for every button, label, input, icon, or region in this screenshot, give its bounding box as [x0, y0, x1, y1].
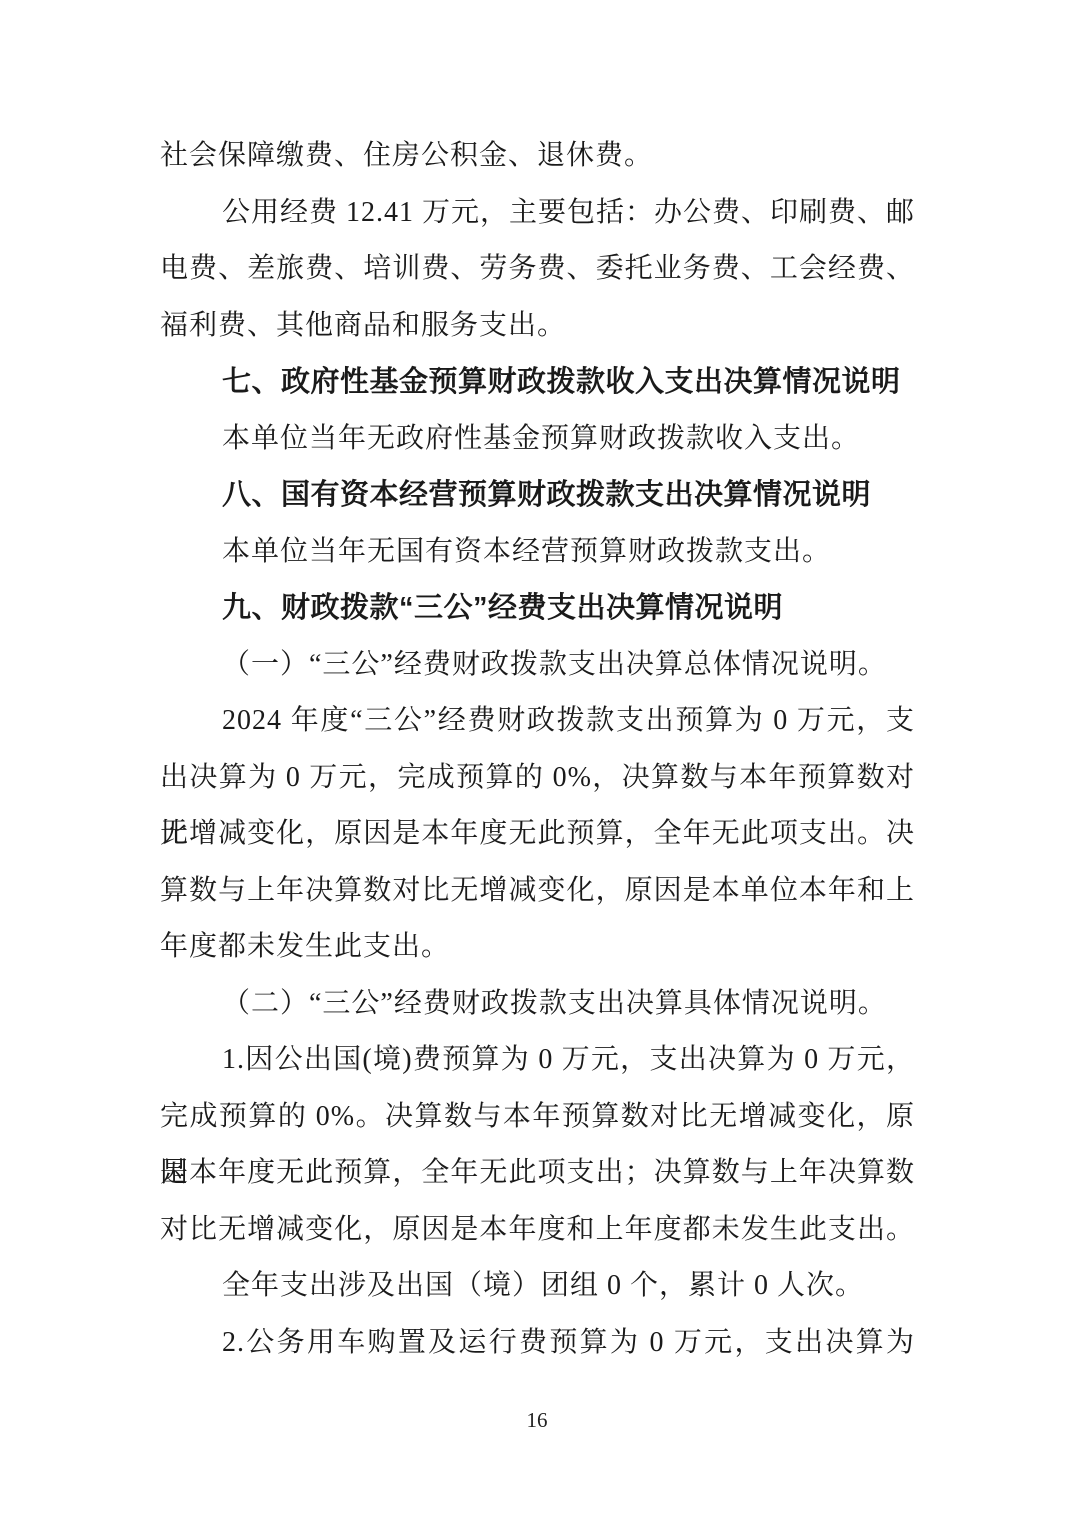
text-line: 出决算为 0 万元，完成预算的 0%，决算数与本年预算数对比 — [160, 750, 915, 807]
text-line: 无增减变化，原因是本年度无此预算，全年无此项支出。决 — [160, 806, 915, 863]
text-line: 电费、差旅费、培训费、劳务费、委托业务费、工会经费、 — [160, 241, 915, 298]
text-line: 本单位当年无国有资本经营预算财政拨款支出。 — [160, 524, 915, 581]
text-line: 全年支出涉及出国（境）团组 0 个，累计 0 人次。 — [160, 1258, 915, 1315]
text-line: 2024 年度“三公”经费财政拨款支出预算为 0 万元，支 — [160, 693, 915, 750]
text-line: 对比无增减变化，原因是本年度和上年度都未发生此支出。 — [160, 1202, 915, 1259]
section-heading-8: 八、国有资本经营预算财政拨款支出决算情况说明 — [160, 467, 915, 524]
page-number: 16 — [0, 1400, 1074, 1440]
text-line: 是本年度无此预算，全年无此项支出；决算数与上年决算数 — [160, 1145, 915, 1202]
text-line: 公用经费 12.41 万元，主要包括：办公费、印刷费、邮 — [160, 185, 915, 242]
text-line: 年度都未发生此支出。 — [160, 919, 915, 976]
text-line: 本单位当年无政府性基金预算财政拨款收入支出。 — [160, 411, 915, 468]
text-line: 福利费、其他商品和服务支出。 — [160, 298, 915, 355]
text-line: 2.公务用车购置及运行费预算为 0 万元，支出决算为 — [160, 1315, 915, 1372]
subsection-heading-2: （二）“三公”经费财政拨款支出决算具体情况说明。 — [160, 976, 915, 1033]
text-line: 完成预算的 0%。决算数与本年预算数对比无增减变化，原因 — [160, 1089, 915, 1146]
text-line: 算数与上年决算数对比无增减变化，原因是本单位本年和上 — [160, 863, 915, 920]
text-line: 1.因公出国(境)费预算为 0 万元，支出决算为 0 万元， — [160, 1032, 915, 1089]
document-page: 社会保障缴费、住房公积金、退休费。 公用经费 12.41 万元，主要包括：办公费… — [0, 0, 1074, 1520]
section-heading-9: 九、财政拨款“三公”经费支出决算情况说明 — [160, 580, 915, 637]
page-body: 社会保障缴费、住房公积金、退休费。 公用经费 12.41 万元，主要包括：办公费… — [160, 128, 915, 1371]
text-line: 社会保障缴费、住房公积金、退休费。 — [160, 128, 915, 185]
section-heading-7: 七、政府性基金预算财政拨款收入支出决算情况说明 — [160, 354, 915, 411]
subsection-heading-1: （一）“三公”经费财政拨款支出决算总体情况说明。 — [160, 637, 915, 694]
